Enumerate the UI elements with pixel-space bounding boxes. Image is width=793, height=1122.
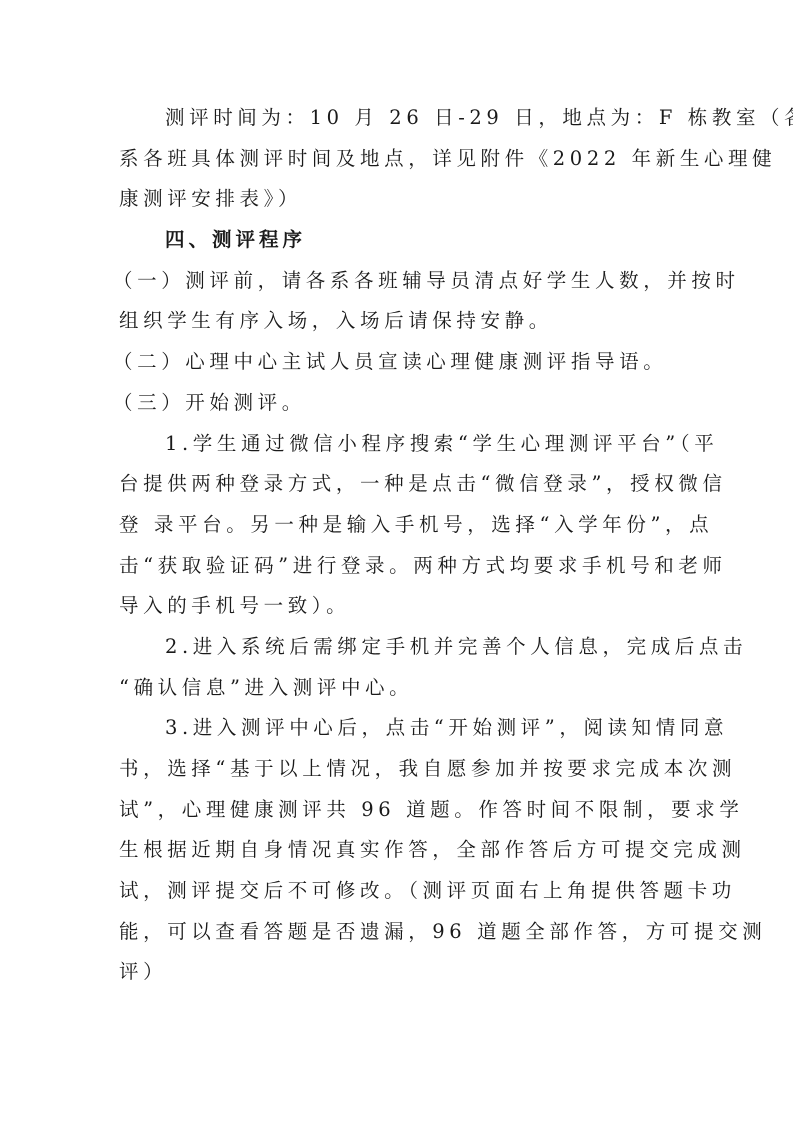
paragraph-line: 评） (119, 958, 675, 999)
subsection-line: （二）心理中心主试人员宣读心理健康测评指导语。 (113, 348, 675, 389)
step-line: 3.进入测评中心后，点击“开始测评”，阅读知情同意 (119, 714, 675, 755)
step-line: 1.学生通过微信小程序搜索“学生心理测评平台”（平 (119, 430, 675, 471)
step-line: 2.进入系统后需绑定手机并完善个人信息，完成后点击 (119, 633, 675, 674)
paragraph-line: 组织学生有序入场，入场后请保持安静。 (119, 307, 675, 348)
paragraph-line: 导入的手机号一致）。 (119, 592, 675, 633)
paragraph-line: 台提供两种登录方式，一种是点击“微信登录”，授权微信 (119, 470, 675, 511)
paragraph-line: 登 录平台。另一种是输入手机号，选择“入学年份”，点 (119, 511, 675, 552)
paragraph-line: 击“获取验证码”进行登录。两种方式均要求手机号和老师 (119, 552, 675, 593)
subsection-line: （三）开始测评。 (113, 389, 675, 430)
paragraph-line: 生根据近期自身情况真实作答，全部作答后方可提交完成测 (119, 836, 675, 877)
section-heading: 四、测评程序 (119, 226, 675, 267)
paragraph-line: 康测评安排表》） (119, 185, 675, 226)
paragraph-line: 能，可以查看答题是否遗漏，96 道题全部作答，方可提交测 (119, 918, 675, 959)
document-page: 测评时间为：10 月 26 日-29 日，地点为：F 栋教室（各 系各班具体测评… (119, 104, 675, 999)
paragraph-line: 试”，心理健康测评共 96 道题。作答时间不限制，要求学 (119, 796, 675, 837)
paragraph-line: 书，选择“基于以上情况，我自愿参加并按要求完成本次测 (119, 755, 675, 796)
paragraph-line: 试，测评提交后不可修改。（测评页面右上角提供答题卡功 (119, 877, 675, 918)
paragraph-line: 测评时间为：10 月 26 日-29 日，地点为：F 栋教室（各 (119, 104, 675, 145)
paragraph-line: “确认信息”进入测评中心。 (119, 674, 675, 715)
paragraph-line: 系各班具体测评时间及地点，详见附件《2022 年新生心理健 (119, 145, 675, 186)
subsection-line: （一）测评前，请各系各班辅导员清点好学生人数，并按时 (113, 267, 675, 308)
